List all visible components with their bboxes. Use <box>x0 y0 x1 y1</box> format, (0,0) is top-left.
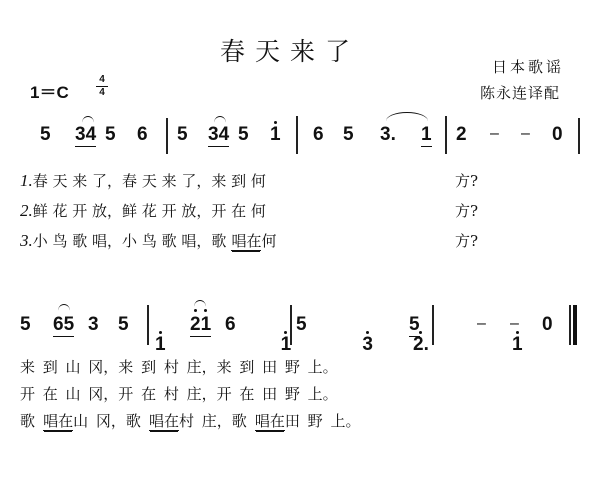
note-pair: 65 <box>53 315 74 337</box>
barline <box>147 305 149 345</box>
slur <box>194 300 206 307</box>
lyric-end: 方? <box>455 200 478 221</box>
note: 6 <box>313 125 324 145</box>
lyric-verse-1: 来 到 山 冈，来 到 村 庄，来 到 田 野 上。 <box>20 356 338 377</box>
note: 6 <box>225 315 236 335</box>
slur <box>214 116 226 123</box>
lyric-verse-1: 1.春 天 来 了，春 天 来 了，来 到 何 <box>20 170 266 191</box>
time-signature-top: 4 <box>99 74 105 85</box>
note-pair: 34 <box>208 125 229 147</box>
lyric-melisma: 唱在 <box>231 232 261 251</box>
note-dotted: 3. <box>380 125 396 145</box>
credit-translator: 陈永连译配 <box>480 82 560 103</box>
note: 5 <box>177 125 188 145</box>
note-eighth: 5 <box>409 315 420 337</box>
note-high: 1 <box>270 125 281 145</box>
lyric-end: 方? <box>455 170 478 191</box>
note-pair-high: 21 <box>190 315 211 337</box>
time-signature: 4 4 <box>96 75 108 98</box>
barline <box>290 305 292 345</box>
sustain-dash: – <box>477 315 486 333</box>
sustain-dash: – <box>521 125 530 143</box>
final-barline-thick <box>573 305 577 345</box>
rest: 0 <box>542 315 553 335</box>
system-1-notation: 5 34 5 6 5 34 5 1 6 5 3. 1 2 – – 0 <box>0 0 610 20</box>
barline <box>432 305 434 345</box>
note: 2 <box>456 125 467 145</box>
note-high: 1 <box>512 335 523 355</box>
sustain-dash: – <box>490 125 499 143</box>
lyric-melisma: 唱在 <box>255 412 285 431</box>
lyric-verse-3: 歌 唱在山 冈，歌 唱在村 庄，歌 唱在田 野 上。 <box>20 410 360 431</box>
lyric-end: 方? <box>455 230 478 251</box>
note: 5 <box>105 125 116 145</box>
note: 5 <box>20 315 31 335</box>
note: 6 <box>137 125 148 145</box>
note-high: 1 <box>155 335 166 355</box>
note: 5 <box>40 125 51 145</box>
note: 3 <box>88 315 99 335</box>
slur <box>82 116 94 123</box>
key-signature: 1＝C <box>30 78 69 103</box>
barline <box>445 116 447 154</box>
note-pair: 34 <box>75 125 96 147</box>
note-high: 3 <box>362 335 373 355</box>
rest: 0 <box>552 125 563 145</box>
lyric-melisma: 唱在 <box>43 412 73 431</box>
note: 5 <box>118 315 129 335</box>
credit-origin: 日本歌谣 <box>492 56 564 77</box>
final-barline-thin <box>569 305 571 345</box>
barline <box>578 118 580 154</box>
barline <box>166 118 168 154</box>
note: 5 <box>238 125 249 145</box>
sustain-dash: – <box>510 315 519 333</box>
barline <box>296 116 298 154</box>
slur <box>58 304 70 311</box>
note-high-dotted: 2. <box>413 335 429 355</box>
note-eighth: 1 <box>421 125 432 147</box>
note: 5 <box>343 125 354 145</box>
lyric-verse-3: 3.小 鸟 歌 唱，小 鸟 歌 唱，歌 唱在何 <box>20 230 277 251</box>
lyric-verse-2: 开 在 山 冈，开 在 村 庄，开 在 田 野 上。 <box>20 383 338 404</box>
octave-dot <box>204 309 207 312</box>
tie <box>386 112 428 121</box>
lyric-verse-2: 2.鲜 花 开 放，鲜 花 开 放，开 在 何 <box>20 200 266 221</box>
octave-dot <box>194 309 197 312</box>
time-signature-bottom: 4 <box>99 87 105 98</box>
note: 5 <box>296 315 307 335</box>
lyric-melisma: 唱在 <box>149 412 179 431</box>
